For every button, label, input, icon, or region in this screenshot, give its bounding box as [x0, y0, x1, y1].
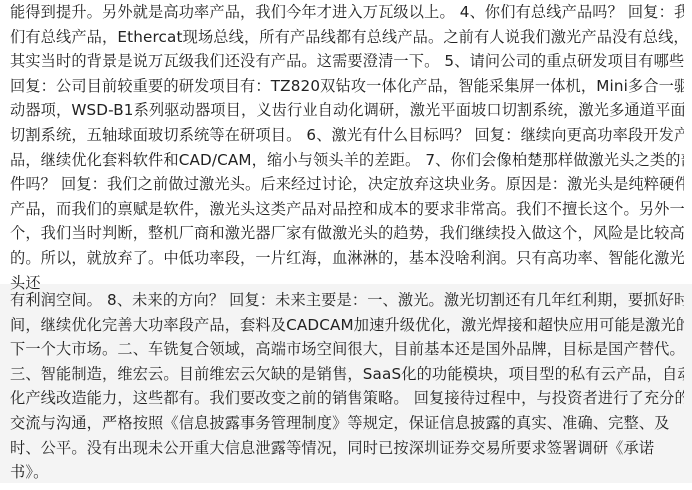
- text-line: 回复：公司目前较重要的研发项目有：TZ820双钻攻一体化产品，智能采集屏一体机，…: [10, 74, 684, 99]
- text-line: 下一个大市场。二、车铣复合领域，高端市场空间很大，目前基本还是国外品牌，目标是国…: [10, 337, 684, 362]
- text-line: 个，我们当时判断，整机厂商和激光器厂家有做激光头的趋势，我们继续投入做这个，风险…: [10, 221, 684, 246]
- text-line: 的。所以，就放弃了。中低功率段，一片红海，血淋淋的，基本没啥利润。只有高功率、智…: [10, 246, 684, 271]
- text-line: 三、智能制造，维宏云。目前维宏云欠缺的是销售，SaaS化的功能模块，项目型的私有…: [10, 362, 684, 387]
- text-line: 其实当时的背景是说万瓦级我们还没有产品。这需要澄清一下。 5、请问公司的重点研发…: [10, 49, 684, 74]
- text-block-answer-part-2: 有利润空间。 8、未来的方向？ 回复：未来主要是：一、激光。激光切割还有几年红利…: [0, 284, 692, 483]
- text-line: 切割系统，五轴球面玻切系统等在研项目。 6、激光有什么目标吗？ 回复：继续向更高…: [10, 123, 684, 148]
- text-line: 交流与沟通，严格按照《信息披露事务管理制度》等规定，保证信息披露的真实、准确、完…: [10, 411, 684, 436]
- text-line: 书》。: [10, 460, 684, 485]
- text-line: 时、公平。没有出现未公开重大信息泄露等情况，同时已按深圳证券交易所要求签署调研《…: [10, 436, 684, 461]
- text-line: 有利润空间。 8、未来的方向？ 回复：未来主要是：一、激光。激光切割还有几年红利…: [10, 288, 684, 313]
- text-line: 化产线改造能力，这些都有。我们要改变之前的销售策略。 回复接待过程中，与投资者进…: [10, 386, 684, 411]
- text-line: 动器项，WSD-B1系列驱动器项目，义齿行业自动化调研，激光平面坡口切割系统，激…: [10, 98, 684, 123]
- document-page: 能得到提升。另外就是高功率产品，我们今年才进入万瓦级以上。 4、你们有总线产品吗…: [0, 0, 692, 490]
- page-bottom-margin: [0, 483, 692, 490]
- text-block-answer-part-1: 能得到提升。另外就是高功率产品，我们今年才进入万瓦级以上。 4、你们有总线产品吗…: [0, 0, 692, 284]
- text-line: 件吗？ 回复：我们之前做过激光头。后来经过讨论，决定放弃这块业务。原因是：激光头…: [10, 172, 684, 197]
- text-line: 能得到提升。另外就是高功率产品，我们今年才进入万瓦级以上。 4、你们有总线产品吗…: [10, 0, 684, 25]
- text-line: 们有总线产品，Ethercat现场总线，所有产品线都有总线产品。之前有人说我们激…: [10, 25, 684, 50]
- text-line: 产品，而我们的禀赋是软件，激光头这类产品对品控和成本的要求非常高。我们不擅长这个…: [10, 197, 684, 222]
- text-line: 间，继续优化完善大功率段产品，套料及CADCAM加速升级优化，激光焊接和超快应用…: [10, 313, 684, 338]
- text-line: 品，继续优化套料软件和CAD/CAM，缩小与领头羊的差距。 7、你们会像柏楚那样…: [10, 148, 684, 173]
